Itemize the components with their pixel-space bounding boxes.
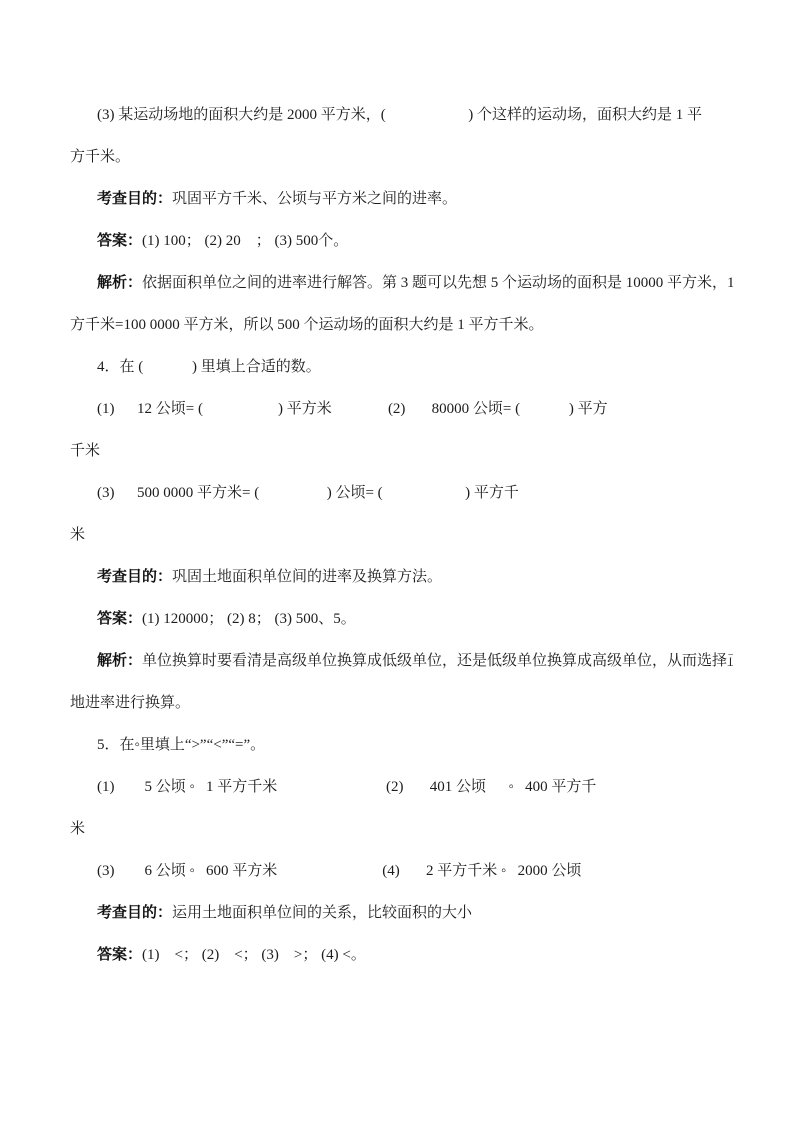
q5-items-3-4: (3) 6 公顷 ◦ 600 平方米 (4) 2 平方千米 ◦ 2000 公顷 (70, 850, 733, 892)
q4-analysis-text1: 单位换算时要看清是高级单位换算成低级单位，还是低级单位换算成高级单位，从而选择正… (142, 653, 733, 669)
q3-analysis-text1: 依据面积单位之间的进率进行解答。第 3 题可以先想 5 个运动场的面积是 100… (142, 275, 733, 291)
q4-title: 4．在 ( ) 里填上合适的数。 (70, 346, 733, 388)
q4-exam-purpose: 考查目的：巩固土地面积单位间的进率及换算方法。 (70, 556, 733, 598)
q4-exam-purpose-label: 考查目的： (97, 569, 172, 585)
q5-items-1-2-line1: (1) 5 公顷 ◦ 1 平方千米 (2) 401 公顷 ◦ 400 平方千 (70, 766, 733, 808)
q4-analysis-text2: 地进率进行换算。 (70, 695, 190, 711)
q4-answer: 答案：(1) 120000； (2) 8； (3) 500、5。 (70, 598, 733, 640)
q3-exam-purpose: 考查目的：巩固平方千米、公顷与平方米之间的进率。 (70, 178, 733, 220)
q5-answer-label: 答案： (97, 947, 142, 963)
q3-fill-blank-text2: 方千米。 (70, 149, 130, 165)
q3-exam-purpose-text: 巩固平方千米、公顷与平方米之间的进率。 (172, 191, 457, 207)
q4-answer-text: (1) 120000； (2) 8； (3) 500、5。 (142, 611, 356, 627)
q4-item-3-line1: (3) 500 0000 平方米= ( ) 公顷= ( ) 平方千 (70, 472, 733, 514)
q5-items-1-2-text2: 米 (70, 821, 85, 837)
q4-exam-purpose-text: 巩固土地面积单位间的进率及换算方法。 (172, 569, 442, 585)
q5-items-1-2-line2: 米 (70, 808, 733, 850)
q3-fill-blank-line2: 方千米。 (70, 136, 733, 178)
q3-fill-blank-line1: (3) 某运动场地的面积大约是 2000 平方米，( ) 个这样的运动场，面积大… (70, 94, 733, 136)
q4-items-1-2-line2: 千米 (70, 430, 733, 472)
q4-answer-label: 答案： (97, 611, 142, 627)
q3-analysis-text2: 方千米=100 0000 平方米，所以 500 个运动场的面积大约是 1 平方千… (70, 317, 543, 333)
q3-answer: 答案：(1) 100； (2) 20 ； (3) 500个。 (70, 220, 733, 262)
q5-answer-text: (1) <； (2) <； (3) >； (4) <。 (142, 947, 366, 963)
document-page: (3) 某运动场地的面积大约是 2000 平方米，( ) 个这样的运动场，面积大… (0, 0, 793, 1122)
q4-item-3-line2: 米 (70, 514, 733, 556)
q3-analysis-line1: 解析：依据面积单位之间的进率进行解答。第 3 题可以先想 5 个运动场的面积是 … (70, 262, 733, 304)
q4-title-text: 4．在 ( ) 里填上合适的数。 (97, 359, 321, 375)
q5-exam-purpose: 考查目的：运用土地面积单位间的关系，比较面积的大小 (70, 892, 733, 934)
q5-items-1-2-text1: (1) 5 公顷 ◦ 1 平方千米 (2) 401 公顷 ◦ 400 平方千 (97, 779, 596, 795)
q5-exam-purpose-label: 考查目的： (97, 905, 172, 921)
q4-items-1-2-line1: (1) 12 公顷= ( ) 平方米 (2) 80000 公顷= ( ) 平方 (70, 388, 733, 430)
q5-title-text: 5．在◦里填上“>”“<”“=”。 (97, 737, 265, 753)
q4-analysis-line2: 地进率进行换算。 (70, 682, 733, 724)
q4-items-1-2-text2: 千米 (70, 443, 100, 459)
q5-items-3-4-text: (3) 6 公顷 ◦ 600 平方米 (4) 2 平方千米 ◦ 2000 公顷 (97, 863, 581, 879)
q4-item-3-text2: 米 (70, 527, 85, 543)
q3-analysis-line2: 方千米=100 0000 平方米，所以 500 个运动场的面积大约是 1 平方千… (70, 304, 733, 346)
q4-analysis-label: 解析： (97, 653, 142, 669)
q4-analysis-line1: 解析：单位换算时要看清是高级单位换算成低级单位，还是低级单位换算成高级单位，从而… (70, 640, 733, 682)
q5-exam-purpose-text: 运用土地面积单位间的关系，比较面积的大小 (172, 905, 472, 921)
q3-answer-label: 答案： (97, 233, 142, 249)
q4-item-3-text1: (3) 500 0000 平方米= ( ) 公顷= ( ) 平方千 (97, 485, 519, 501)
q3-exam-purpose-label: 考查目的： (97, 191, 172, 207)
q3-fill-blank-text1: (3) 某运动场地的面积大约是 2000 平方米，( ) 个这样的运动场，面积大… (97, 107, 702, 123)
q4-items-1-2-text1: (1) 12 公顷= ( ) 平方米 (2) 80000 公顷= ( ) 平方 (97, 401, 608, 417)
q3-answer-text: (1) 100； (2) 20 ； (3) 500个。 (142, 233, 348, 249)
q5-answer: 答案：(1) <； (2) <； (3) >； (4) <。 (70, 934, 733, 976)
q3-analysis-label: 解析： (97, 275, 142, 291)
q5-title: 5．在◦里填上“>”“<”“=”。 (70, 724, 733, 766)
